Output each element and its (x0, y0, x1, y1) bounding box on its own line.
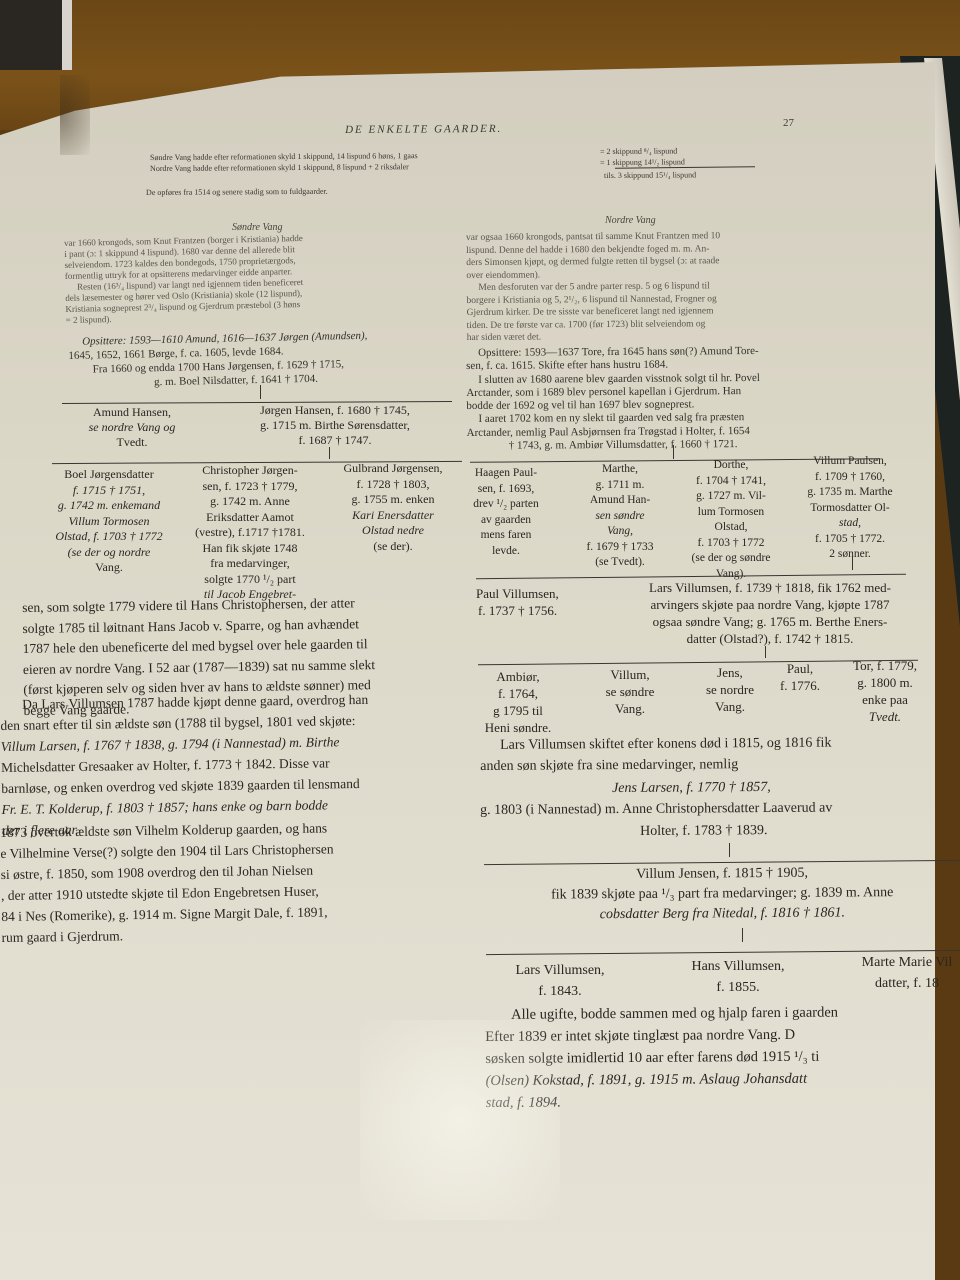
person-christopher-jorgensen: Christopher Jørgen-sen, f. 1723 † 1779,g… (180, 463, 320, 603)
person-lars-villumsen-1843: Lars Villumsen,f. 1843. (490, 960, 630, 1002)
person-lars-villumsen: Lars Villumsen, f. 1739 † 1818, fik 1762… (600, 579, 940, 647)
person-jens-larsen-spouse: g. 1803 (i Nannestad) m. Anne Christophe… (480, 798, 832, 821)
background-object (0, 0, 72, 70)
person-villum: Villum,se søndreVang. (580, 666, 680, 717)
person-marte-marie: Marte Marie Vildatter, f. 18 (842, 952, 960, 994)
skyld-note: De opføres fra 1514 og senere stadig som… (146, 187, 328, 197)
person-paul: Paul,f. 1776. (770, 660, 830, 694)
person-jens-larsen-spouse-dates: Holter, f. 1783 † 1839. (640, 820, 768, 842)
running-head: DE ENKELTE GAARDER. (345, 123, 502, 136)
tree-connector (329, 447, 330, 459)
heading-nordre-vang: Nordre Vang (605, 215, 656, 226)
person-hans-villumsen: Hans Villumsen,f. 1855. (668, 956, 808, 998)
light-glare (360, 1020, 560, 1220)
nordre-opsittere: Opsittere: 1593—1637 Tore, fra 1645 hans… (466, 345, 760, 453)
tree-connector (742, 928, 743, 942)
skyld-line-1: Søndre Vang hadde efter reformationen sk… (150, 151, 418, 162)
tree-connector (673, 445, 674, 459)
tree-connector (765, 646, 766, 658)
person-villum-jensen: Villum Jensen, f. 1815 † 1905, fik 1839 … (484, 863, 960, 926)
heading-sondre-vang: Søndre Vang (232, 222, 282, 233)
tree-connector (260, 385, 261, 399)
gutter-shadow (60, 75, 90, 155)
nordre-para3: Lars Villumsen skiftet efter konens død … (480, 733, 832, 777)
sondre-para5: 1873 overtok ældste søn Vilhelm Kolderup… (0, 817, 335, 948)
sondre-para1: var 1660 krongods, som Knut Frantzen (bo… (64, 233, 305, 326)
person-boel-jorgensdatter: Boel Jørgensdatterf. 1715 † 1751,g. 1742… (48, 467, 170, 576)
person-haagen-paulsen: Haagen Paul-sen, f. 1693,drev ¹/₂ parten… (466, 466, 546, 559)
person-ambior: Ambiør,f. 1764, g 1795 tilHeni søndre. (478, 668, 558, 736)
person-tor: Tor, f. 1779,g. 1800 m. enke paaTvedt. (835, 657, 935, 725)
person-gulbrand-jorgensen: Gulbrand Jørgensen,f. 1728 † 1803,g. 175… (328, 461, 458, 554)
skyld-total: tils. 3 skippund 15¹/₄ lispund (604, 170, 696, 180)
skyld-line-2-sum: = 1 skippung 14¹/₂ lispund (600, 157, 685, 167)
sondre-opsittere: Opsittere: 1593—1610 Amund, 1616—1637 Jø… (68, 329, 368, 391)
person-paul-villumsen: Paul Villumsen,f. 1737 † 1756. (476, 585, 559, 619)
nordre-para1: var ogsaa 1660 krongods, pantsat til sam… (466, 230, 721, 344)
skyld-line-2: Nordre Vang hadde efter reformationen sk… (150, 162, 409, 173)
tree-connector (729, 843, 730, 857)
person-jorgen-hansen: Jørgen Hansen, f. 1680 † 1745,g. 1715 m.… (225, 403, 445, 448)
person-villum-paulsen: Villum Paulsen,f. 1709 † 1760,g. 1735 m.… (790, 454, 910, 563)
person-amund-hansen: Amund Hansen,se nordre Vang ogTvedt. (62, 405, 202, 450)
person-dorthe: Dorthe,f. 1704 † 1741,g. 1727 m. Vil- lu… (675, 458, 787, 582)
person-marthe: Marthe,g. 1711 m.Amund Han- sen søndreVa… (570, 462, 670, 571)
page-number: 27 (783, 117, 794, 129)
person-jens-larsen: Jens Larsen, f. 1770 † 1857, (612, 777, 771, 799)
person-jens: Jens,se nordreVang. (680, 664, 780, 715)
tree-connector (852, 556, 853, 570)
skyld-line-1-sum: = 2 skippund ⁸/₄ lispund (600, 146, 677, 156)
